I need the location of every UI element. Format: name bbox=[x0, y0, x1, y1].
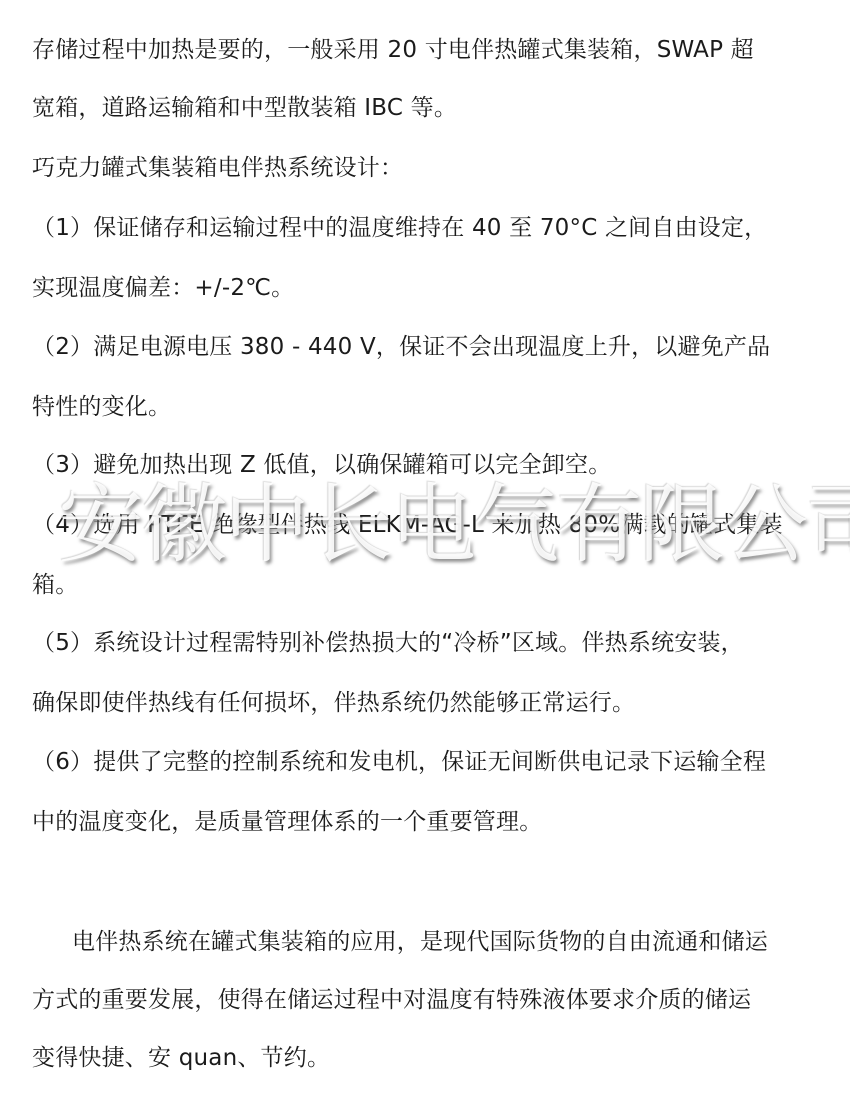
list-item-4-line-1: （4）选用 PTFE 绝缘型伴热线 ELKM-AG-L 来加热 80%满载的罐式… bbox=[32, 508, 783, 542]
list-item-4-line-2: 箱。 bbox=[32, 568, 78, 602]
list-item-1-line-1: （1）保证储存和运输过程中的温度维持在 40 至 70°C 之间自由设定， bbox=[32, 211, 767, 245]
section-heading: 巧克力罐式集装箱电伴热系统设计： bbox=[32, 151, 403, 185]
text-line-intro-1: 存储过程中加热是要的，一般采用 20 寸电伴热罐式集装箱，SWAP 超 bbox=[32, 33, 754, 67]
list-item-1-line-2: 实现温度偏差：+/-2℃。 bbox=[32, 271, 294, 305]
closing-paragraph-line-1: 电伴热系统在罐式集装箱的应用，是现代国际货物的自由流通和储运 bbox=[72, 925, 768, 959]
closing-paragraph-line-2: 方式的重要发展，使得在储运过程中对温度有特殊液体要求介质的储运 bbox=[32, 983, 751, 1017]
list-item-5-line-1: （5）系统设计过程需特别补偿热损大的“冷桥”区域。伴热系统安装， bbox=[32, 626, 744, 660]
list-item-2-line-2: 特性的变化。 bbox=[32, 390, 171, 424]
list-item-5-line-2: 确保即使伴热线有任何损坏，伴热系统仍然能够正常运行。 bbox=[32, 686, 635, 720]
list-item-3: （3）避免加热出现 Z 低值，以确保罐箱可以完全卸空。 bbox=[32, 448, 611, 482]
document-page: 存储过程中加热是要的，一般采用 20 寸电伴热罐式集装箱，SWAP 超 宽箱，道… bbox=[0, 0, 850, 1098]
text-line-intro-2: 宽箱，道路运输箱和中型散装箱 IBC 等。 bbox=[32, 91, 457, 125]
list-item-6-line-2: 中的温度变化，是质量管理体系的一个重要管理。 bbox=[32, 805, 542, 839]
list-item-2-line-1: （2）满足电源电压 380 - 440 V，保证不会出现温度上升，以避免产品 bbox=[32, 330, 770, 364]
list-item-6-line-1: （6）提供了完整的控制系统和发电机，保证无间断供电记录下运输全程 bbox=[32, 745, 766, 779]
closing-paragraph-line-3: 变得快捷、安 quan、节约。 bbox=[32, 1041, 330, 1075]
